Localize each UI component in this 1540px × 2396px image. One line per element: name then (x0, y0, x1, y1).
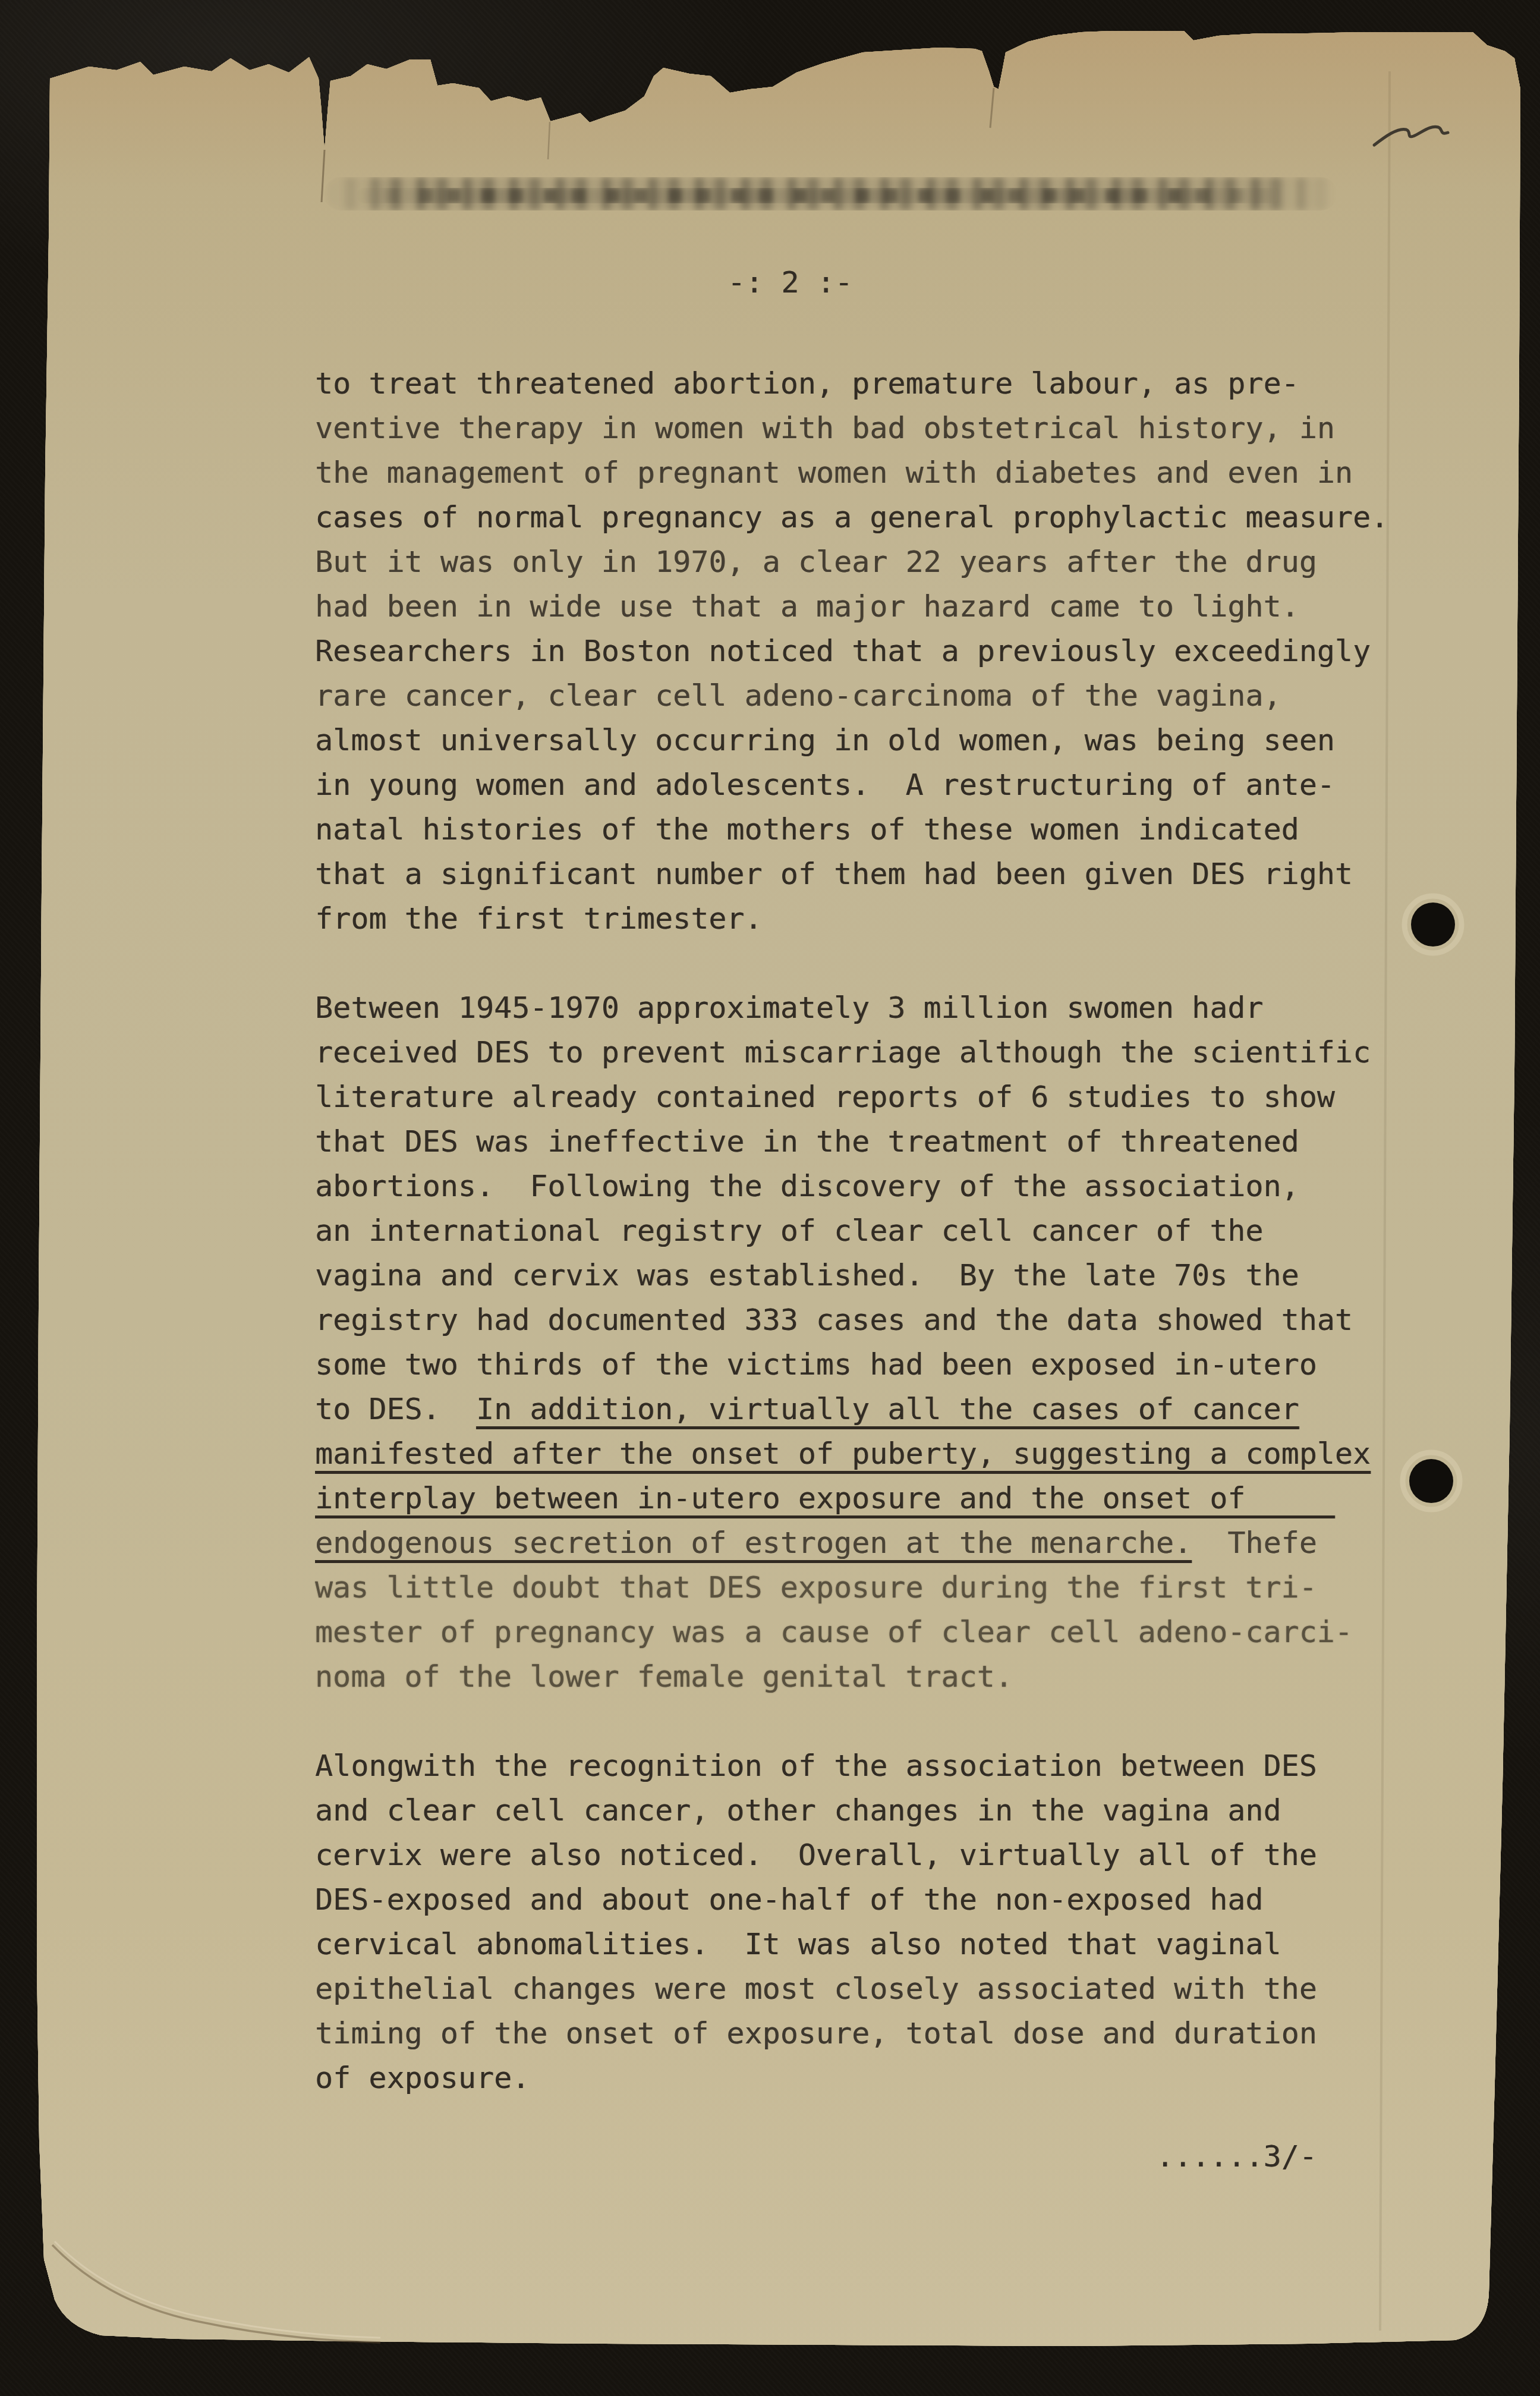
typed-text: Thefe (1192, 1526, 1317, 1560)
typed-line: Researchers in Boston noticed that a pre… (315, 629, 1388, 674)
typed-line: an international registry of clear cell … (315, 1209, 1371, 1253)
typed-text: was little doubt that DES exposure durin… (315, 1570, 1317, 1605)
typed-text: registry had documented 333 cases and th… (315, 1303, 1353, 1337)
typed-line: abortions. Following the discovery of th… (315, 1164, 1371, 1209)
typed-text: of exposure. (315, 2061, 530, 2095)
typed-text: natal histories of the mothers of these … (315, 812, 1299, 847)
typed-line: cases of normal pregnancy as a general p… (315, 495, 1388, 540)
typed-text: vagina and cervix was established. By th… (315, 1258, 1299, 1293)
punch-hole-bottom (1409, 1459, 1453, 1503)
typed-text: cases of normal pregnancy as a general p… (315, 500, 1388, 534)
paragraph-2: Between 1945-1970 approximately 3 millio… (315, 986, 1371, 1699)
typed-line: Alongwith the recognition of the associa… (315, 1744, 1317, 1788)
typed-text: noma of the lower female genital tract. (315, 1659, 1013, 1694)
typed-text: Researchers in Boston noticed that a pre… (315, 634, 1371, 668)
typed-text: the management of pregnant women with di… (315, 455, 1353, 490)
typed-text: epithelial changes were most closely ass… (315, 1971, 1317, 2006)
typed-text: DES-exposed and about one-half of the no… (315, 1882, 1263, 1917)
punch-hole-top (1411, 903, 1455, 947)
typed-text: Alongwith the recognition of the associa… (315, 1749, 1317, 1783)
typed-text: and clear cell cancer, other changes in … (315, 1793, 1281, 1828)
typed-line: mester of pregnancy was a cause of clear… (315, 1610, 1371, 1655)
typed-text: mester of pregnancy was a cause of clear… (315, 1615, 1353, 1649)
typed-text: But it was only in 1970, a clear 22 year… (315, 545, 1317, 579)
ink-smudge-band-core (357, 188, 1284, 203)
page-number: -: 2 :- (728, 260, 853, 305)
typed-line: that a significant number of them had be… (315, 852, 1388, 897)
typed-line: But it was only in 1970, a clear 22 year… (315, 540, 1388, 584)
typed-line: was little doubt that DES exposure durin… (315, 1565, 1371, 1610)
typed-line: literature already contained reports of … (315, 1075, 1371, 1120)
typed-line: to DES. In addition, virtually all the c… (315, 1387, 1371, 1432)
typed-line: and clear cell cancer, other changes in … (315, 1788, 1317, 1833)
typed-text: cervical abnomalities. It was also noted… (315, 1927, 1281, 1961)
underlined-text: interplay between in-utero exposure and … (315, 1481, 1335, 1515)
typed-line: almost universally occurring in old wome… (315, 718, 1388, 763)
typed-text: literature already contained reports of … (315, 1080, 1335, 1114)
typed-line: Between 1945-1970 approximately 3 millio… (315, 986, 1371, 1030)
typed-text: rare cancer, clear cell adeno-carcinoma … (315, 678, 1281, 713)
typed-line: interplay between in-utero exposure and … (315, 1476, 1371, 1521)
typed-text: to treat threatened abortion, premature … (315, 366, 1299, 401)
typed-line: cervix were also noticed. Overall, virtu… (315, 1833, 1317, 1878)
typed-line: timing of the onset of exposure, total d… (315, 2011, 1317, 2056)
typed-line: received DES to prevent miscarriage alth… (315, 1030, 1371, 1075)
typed-line: of exposure. (315, 2056, 1317, 2101)
underlined-text: In addition, virtually all the cases of … (476, 1392, 1299, 1426)
underlined-text: endogenous secretion of estrogen at the … (315, 1526, 1192, 1560)
typed-line: vagina and cervix was established. By th… (315, 1253, 1371, 1298)
paragraph-1: to treat threatened abortion, premature … (315, 361, 1388, 941)
typed-line: natal histories of the mothers of these … (315, 807, 1388, 852)
typed-text: to DES. (315, 1392, 476, 1426)
typed-line: the management of pregnant women with di… (315, 451, 1388, 495)
typed-line: in young women and adolescents. A restru… (315, 763, 1388, 807)
typed-text: that a significant number of them had be… (315, 857, 1353, 891)
typed-line: ventive therapy in women with bad obstet… (315, 406, 1388, 451)
typed-text: cervix were also noticed. Overall, virtu… (315, 1838, 1317, 1872)
typed-text: timing of the onset of exposure, total d… (315, 2016, 1317, 2051)
typed-text: received DES to prevent miscarriage alth… (315, 1035, 1371, 1070)
typed-line: cervical abnomalities. It was also noted… (315, 1922, 1317, 1967)
typed-text: some two thirds of the victims had been … (315, 1347, 1317, 1382)
typed-line: to treat threatened abortion, premature … (315, 361, 1388, 406)
typed-line: some two thirds of the victims had been … (315, 1342, 1371, 1387)
typed-line: from the first trimester. (315, 897, 1388, 941)
typed-line: noma of the lower female genital tract. (315, 1655, 1371, 1699)
typed-line: registry had documented 333 cases and th… (315, 1298, 1371, 1342)
paragraph-3: Alongwith the recognition of the associa… (315, 1744, 1317, 2101)
typed-text: abortions. Following the discovery of th… (315, 1169, 1299, 1203)
typed-line: endogenous secretion of estrogen at the … (315, 1521, 1371, 1565)
typed-text: that DES was ineffective in the treatmen… (315, 1124, 1299, 1159)
scanned-document-page: -: 2 :- to treat threatened abortion, pr… (0, 0, 1540, 2396)
typed-text: from the first trimester. (315, 901, 763, 936)
typed-line: DES-exposed and about one-half of the no… (315, 1878, 1317, 1922)
underlined-text: manifested after the onset of puberty, s… (315, 1436, 1371, 1471)
typed-text: almost universally occurring in old wome… (315, 723, 1335, 757)
continuation-mark: ......3/- (1156, 2134, 1317, 2179)
typed-line: rare cancer, clear cell adeno-carcinoma … (315, 674, 1388, 718)
typed-line: manifested after the onset of puberty, s… (315, 1432, 1371, 1476)
typed-text: had been in wide use that a major hazard… (315, 589, 1299, 624)
typed-text: an international registry of clear cell … (315, 1213, 1263, 1248)
typed-text: ventive therapy in women with bad obstet… (315, 411, 1335, 445)
typed-line: that DES was ineffective in the treatmen… (315, 1120, 1371, 1164)
typed-text: in young women and adolescents. A restru… (315, 768, 1335, 802)
typed-text: Between 1945-1970 approximately 3 millio… (315, 991, 1263, 1025)
typed-line: had been in wide use that a major hazard… (315, 584, 1388, 629)
typed-line: epithelial changes were most closely ass… (315, 1967, 1317, 2011)
